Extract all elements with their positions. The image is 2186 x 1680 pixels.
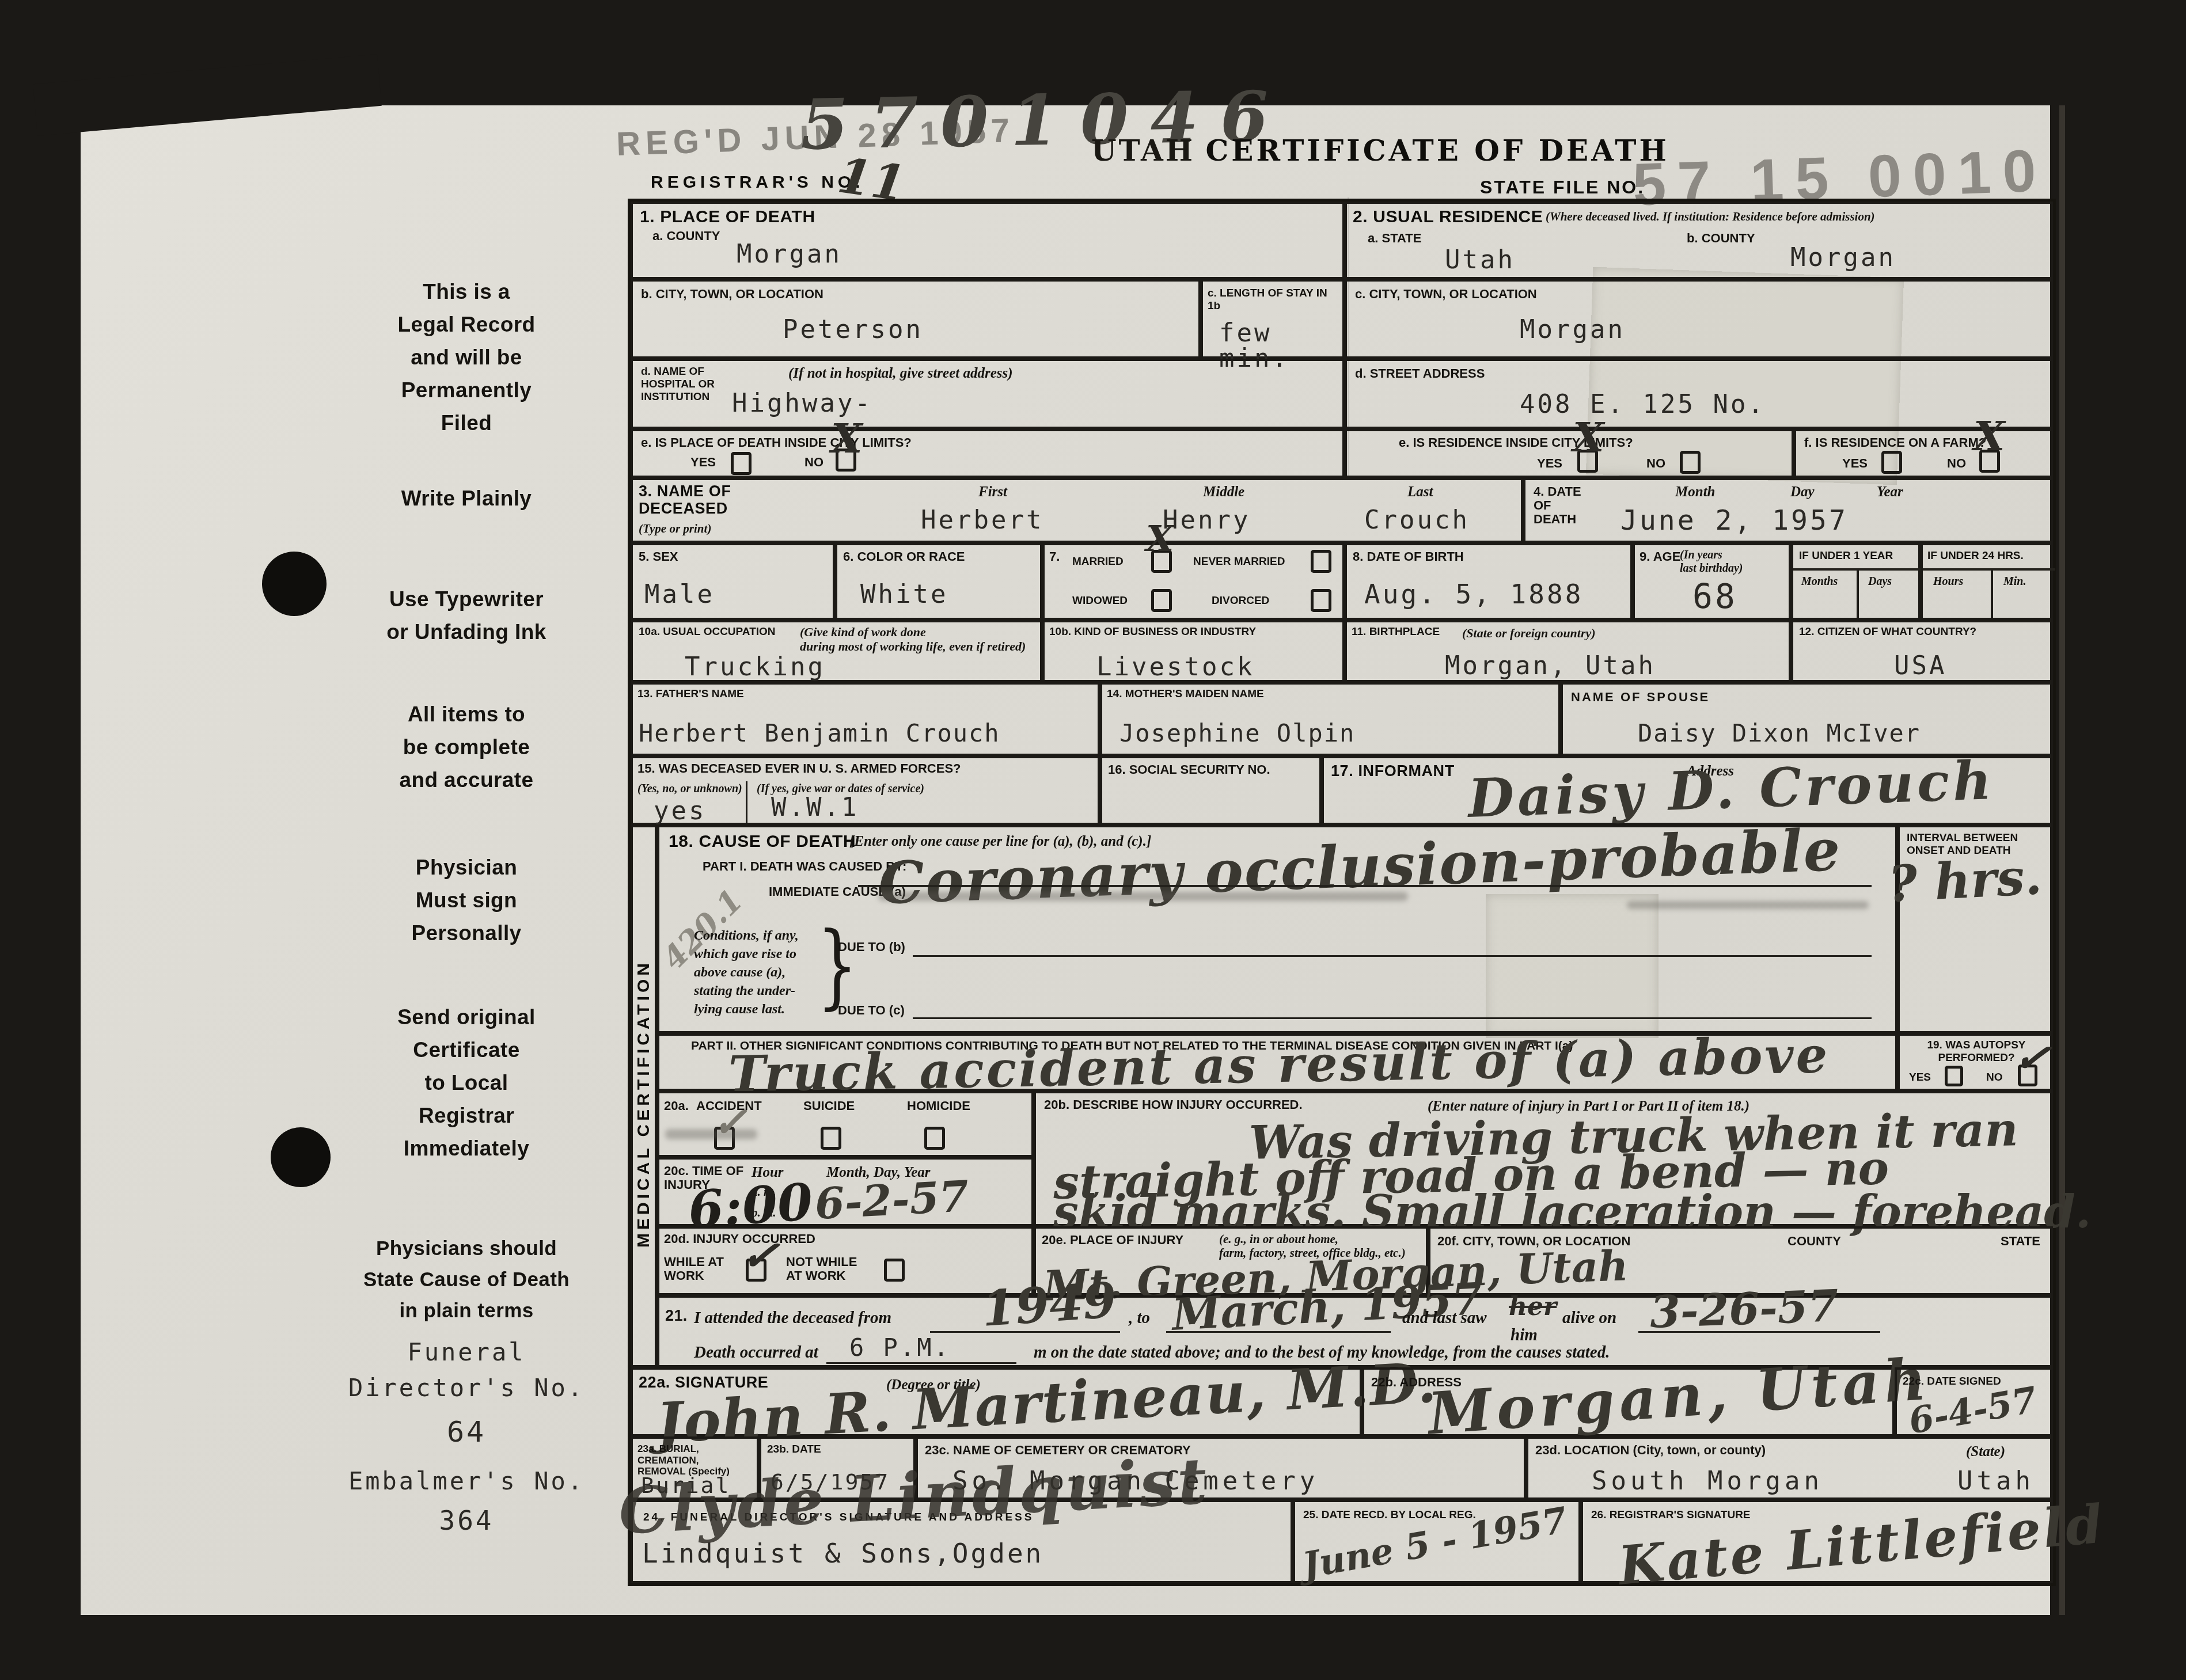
field-social-security: 16. SOCIAL SECURITY NO. [1100,756,1322,825]
middle-name-label: Middle [1203,484,1244,501]
margin-note-legal-record: This is a Legal Record and will be Perma… [322,275,610,439]
divider [1857,571,1859,622]
not-while-at-work-checkbox [884,1259,905,1282]
field-citizen-country: 12. CITIZEN OF WHAT COUNTRY? USA [1791,620,2053,682]
field-sex: 5. SEX Male [631,543,835,620]
check-mark: ✓ [739,1232,781,1280]
hospital-name-value: Highway- [732,391,872,416]
field-20a-num: 20a. [664,1099,689,1113]
state-file-no-label: STATE FILE NO. [1480,177,1645,197]
field-kind-of-business: 10b. KIND OF BUSINESS OR INDUSTRY Livest… [1042,620,1345,682]
field-city-of-death: b. CITY, TOWN, OR LOCATION Peterson [631,279,1201,359]
fathers-name-label: 13. FATHER'S NAME [637,688,744,701]
registrars-no-label: REGISTRAR'S NO. [651,173,864,192]
due-to-b-label: DUE TO (b) [838,940,905,954]
injury-city-label: 20f. CITY, TOWN, OR LOCATION [1437,1234,1630,1248]
field-accident-suicide-homicide: 20a. ACCIDENT SUICIDE HOMICIDE ✓ [657,1091,1034,1157]
residence-county-value: Morgan [1790,245,1896,271]
burial-location-label: 23d. LOCATION (City, town, or county) [1535,1443,1766,1457]
field-armed-forces: 15. WAS DECEASED EVER IN U. S. ARMED FOR… [631,756,1100,825]
field-describe-how-injury-occurred: 20b. DESCRIBE HOW INJURY OCCURRED. (Ente… [1034,1091,2053,1226]
under-1-year-label: IF UNDER 1 YEAR [1799,550,1893,562]
suicide-checkbox [821,1127,841,1150]
field-cause-of-death: 18. CAUSE OF DEATH [Enter only one cause… [657,825,1897,1033]
field-physician-signature: 22a. SIGNATURE (Degree or title) John R.… [631,1367,1362,1436]
field-date-received: 25. DATE RECD. BY LOCAL REG. June 5 - 19… [1293,1500,1581,1583]
min-label: Min. [2003,575,2026,588]
field-funeral-director-signature: 24. FUNERAL DIRECTOR'S SIGNATURE AND ADD… [631,1500,1293,1583]
divorced-label: DIVORCED [1212,595,1269,607]
photo-border-right [2050,0,2186,1680]
field-usual-residence: 2. USUAL RESIDENCE (Where deceased lived… [1345,202,2053,279]
due-c-line [913,1017,1872,1019]
due-to-c-label: DUE TO (c) [838,1004,905,1017]
first-name-label: First [978,484,1007,501]
yes-label: YES [1842,457,1868,470]
hospital-name-note: (If not in hospital, give street address… [788,366,1013,382]
field-residence-city: c. CITY, TOWN, OR LOCATION Morgan [1345,279,2053,359]
title-state: UTAH [1091,134,1195,168]
widowed-checkbox [1151,589,1172,612]
street-address-label: d. STREET ADDRESS [1355,367,1485,381]
field-if-under-1-year: IF UNDER 1 YEAR Months Days [1791,543,1921,620]
yes-label: YES [690,455,716,469]
never-married-checkbox [1311,550,1331,573]
field-burial-location: 23d. LOCATION (City, town, or county) (S… [1526,1436,2053,1500]
business-label: 10b. KIND OF BUSINESS OR INDUSTRY [1049,626,1256,638]
margin-note-physician-sign: Physician Must sign Personally [322,851,610,949]
burial-state-value: Utah [1957,1469,2035,1494]
divider [1923,568,2055,571]
widowed-label: WIDOWED [1072,595,1128,607]
birthplace-value: Morgan, Utah [1445,653,1656,679]
smudge [1627,901,1869,909]
field-date-signed: 22c. DATE SIGNED 6-4-57 [1895,1367,2053,1436]
x-mark: X [1974,416,2005,457]
first-name-value: Herbert [921,508,1043,533]
field-mothers-maiden-name: 14. MOTHER'S MAIDEN NAME Josephine Olpin [1100,682,1561,756]
burial-state-label: (State) [1966,1443,2005,1461]
field-21-num: 21. [665,1307,688,1324]
street-address-value: 408 E. 125 No. [1520,392,1766,417]
field-hospital-name: d. NAME OF HOSPITAL OR INSTITUTION (If n… [631,359,1345,429]
attended-from-value: 1949 [980,1276,1118,1333]
place-of-death-header: 1. PLACE OF DEATH [640,207,815,226]
her-struck-text: her [1509,1294,1557,1320]
date-of-birth-label: 8. DATE OF BIRTH [1353,550,1464,564]
injury-description-label: 20b. DESCRIBE HOW INJURY OCCURRED. [1044,1098,1303,1112]
never-married-label: NEVER MARRIED [1193,556,1285,568]
smudge [878,892,1408,901]
age-value: 68 [1692,580,1737,613]
photo-border-left [0,0,81,1680]
under-24-hrs-label: IF UNDER 24 HRS. [1927,550,2024,562]
name-of-deceased-label: 3. NAME OF DECEASED [639,483,731,517]
business-value: Livestock [1096,655,1254,680]
field-birthplace: 11. BIRTHPLACE (State or foreign country… [1345,620,1791,682]
place-of-injury-label: 20e. PLACE OF INJURY [1042,1233,1183,1247]
cause-a-line [858,885,1872,887]
autopsy-yes-checkbox [1945,1066,1963,1086]
field-date-of-birth: 8. DATE OF BIRTH Aug. 5, 1888 [1345,543,1633,620]
x-mark: X [1573,417,1604,458]
field-usual-occupation: 10a. USUAL OCCUPATION (Give kind of work… [631,620,1042,682]
photo-border-bottom [0,1615,2186,1680]
certificate-form: 1. PLACE OF DEATH a. COUNTY Morgan b. CI… [628,199,2056,1586]
residence-farm-label: f. IS RESIDENCE ON A FARM? [1804,436,1986,450]
residence-county-label: b. COUNTY [1687,231,1755,245]
last-seen-date-value: 3-26-57 [1649,1284,1839,1334]
attended-from-text: I attended the deceased from [694,1308,891,1328]
year-label: Year [1877,484,1903,501]
mothers-name-value: Josephine Olpin [1119,721,1355,746]
field-registrar-signature: 26. REGISTRAR'S SIGNATURE Kate Littlefie… [1581,1500,2053,1583]
date-of-birth-value: Aug. 5, 1888 [1364,581,1583,607]
city-of-death-value: Peterson [783,317,923,343]
armed-forces-note1: (Yes, no, or unknown) [637,782,742,796]
margin-note-send-original: Send original Certificate to Local Regis… [322,1001,610,1165]
punch-hole [262,552,327,616]
book-spine-highlight [2059,105,2065,1615]
conditions-brace: } [817,919,857,1012]
age-label: 9. AGE [1639,550,1680,564]
homicide-label: HOMICIDE [907,1099,970,1113]
ssn-label: 16. SOCIAL SECURITY NO. [1108,763,1270,777]
residence-city-label: c. CITY, TOWN, OR LOCATION [1355,287,1537,301]
age-note: (In years last birthday) [1680,549,1743,575]
field-age: 9. AGE (In years last birthday) 68 [1633,543,1791,620]
field-residence-on-farm: f. IS RESIDENCE ON A FARM? YES NO X [1794,429,2053,478]
informant-label: 17. INFORMANT [1331,763,1455,780]
day-label: Day [1790,484,1815,501]
field-name-of-deceased: 3. NAME OF DECEASED (Type or print) Firs… [631,478,1523,543]
cause-of-death-header: 18. CAUSE OF DEATH [669,832,856,851]
field-injury-occurred-at-work: 20d. INJURY OCCURRED WHILE AT WORK ✓ NOT… [657,1226,1034,1295]
sex-value: Male [644,582,715,607]
usual-residence-header: 2. USUAL RESIDENCE [1353,207,1543,226]
medical-certification-strip: MEDICAL CERTIFICATION [631,825,657,1367]
fathers-name-value: Herbert Benjamin Crouch [639,721,1000,746]
divider [746,781,747,825]
injury-state-label: STATE [2001,1234,2040,1248]
months-label: Months [1801,575,1838,588]
month-label: Month [1675,484,1715,501]
no-label: NO [1646,457,1665,470]
field-autopsy: 19. WAS AUTOPSY PERFORMED? YES NO ✓ [1897,1033,2053,1091]
date-of-death-value: June 2, 1957 [1620,507,1848,534]
armed-forces-war-value: W.W.1 [771,795,859,820]
spouse-value: Daisy Dixon McIver [1638,721,1921,746]
city-of-death-label: b. CITY, TOWN, OR LOCATION [641,287,823,301]
field-color-or-race: 6. COLOR OR RACE White [835,543,1042,620]
to-text: , to [1129,1308,1150,1328]
conditions-note: Conditions, if any, which gave rise to a… [694,926,799,1018]
last-saw-text: and last saw [1402,1308,1487,1328]
marital-num-label: 7. [1049,550,1060,564]
length-of-stay-label: c. LENGTH OF STAY IN 1b [1208,287,1340,313]
last-name-label: Last [1407,484,1433,501]
blank-line [826,1362,1016,1364]
embalmers-no-value: 364 [322,1507,610,1534]
citizen-value: USA [1894,653,1946,679]
field-length-of-stay: c. LENGTH OF STAY IN 1b few min. [1201,279,1345,359]
margin-note-typewriter: Use Typewriter or Unfading Ink [322,583,610,648]
color-race-label: 6. COLOR OR RACE [843,550,965,564]
certificate-title: UTAH CERTIFICATE OF DEATH [1091,134,1669,168]
suicide-label: SUICIDE [803,1099,855,1113]
x-mark: X [831,419,862,459]
check-mark: ✓ [2011,1033,2054,1082]
field-street-address: d. STREET ADDRESS 408 E. 125 No. [1345,359,2053,429]
no-label: NO [804,455,823,469]
burial-date-label: 23b. DATE [767,1443,821,1456]
occupation-note: (Give kind of work done during most of w… [800,625,1026,654]
field-if-under-24-hrs: IF UNDER 24 HRS. Hours Min. [1921,543,2053,620]
birthplace-note: (State or foreign country) [1462,626,1596,640]
spouse-label: NAME OF SPOUSE [1571,690,1710,704]
no-label: NO [1986,1071,2003,1084]
residence-city-limits-no-checkbox [1680,451,1701,474]
death-time-value: 6 P.M. [849,1336,951,1360]
medical-certification-label: MEDICAL CERTIFICATION [634,960,653,1248]
county-label: a. COUNTY [652,229,720,243]
pencil-check-mark: ✓ [712,1101,747,1143]
armed-forces-value: yes [654,799,706,824]
date-signed-value: 6-4-57 [1906,1382,2039,1439]
county-value: Morgan [737,242,842,267]
middle-name-value: Henry [1163,508,1250,533]
sex-label: 5. SEX [639,550,678,564]
injury-county-label: COUNTY [1787,1234,1841,1248]
birthplace-label: 11. BIRTHPLACE [1352,626,1440,638]
type-or-print-note: (Type or print) [639,522,711,535]
divorced-checkbox [1311,589,1331,612]
interval-value: ? hrs. [1887,852,2043,910]
yes-label: YES [1537,457,1562,470]
due-b-line [913,955,1872,957]
divider [1991,571,1993,622]
last-name-value: Crouch [1364,508,1470,533]
field-interval-onset-death: INTERVAL BETWEEN ONSET AND DEATH ? hrs. [1897,825,2053,1033]
residence-city-value: Morgan [1520,317,1625,343]
x-mark: X [1146,521,1174,557]
embalmers-no-label: Embalmer's No. [322,1469,610,1493]
field-place-of-death: 1. PLACE OF DEATH a. COUNTY Morgan [631,202,1345,279]
field-time-of-injury: 20c. TIME OF INJURY Hour Month, Day, Yea… [657,1157,1034,1226]
residence-state-value: Utah [1445,248,1515,273]
usual-residence-note: (Where deceased lived. If institution: R… [1546,210,1875,223]
field-death-inside-city-limits: e. IS PLACE OF DEATH INSIDE CITY LIMITS?… [631,429,1345,478]
field-fathers-name: 13. FATHER'S NAME Herbert Benjamin Crouc… [631,682,1100,756]
punch-hole [271,1127,331,1187]
homicide-checkbox [924,1127,945,1150]
blank-line [1166,1331,1391,1333]
margin-note-complete: All items to be complete and accurate [322,698,610,796]
occupation-label: 10a. USUAL OCCUPATION [639,626,776,638]
burial-location-value: South Morgan [1592,1469,1823,1494]
field-residence-inside-city-limits: e. IS RESIDENCE INSIDE CITY LIMITS? YES … [1345,429,1794,478]
margin-note-write-plainly: Write Plainly [322,486,610,510]
field-part2-conditions: PART II. OTHER SIGNIFICANT CONDITIONS CO… [657,1033,1897,1091]
title-rest: CERTIFICATE OF DEATH [1206,134,1669,168]
date-of-death-label: 4. DATE OF DEATH [1534,485,1581,527]
field-marital-status: 7. MARRIED X NEVER MARRIED WIDOWED DIVOR… [1042,543,1345,620]
hospital-name-label: d. NAME OF HOSPITAL OR INSTITUTION [641,366,715,404]
armed-forces-label: 15. WAS DECEASED EVER IN U. S. ARMED FOR… [637,762,961,776]
no-label: NO [1947,457,1966,470]
funeral-directors-no-label: Funeral Director's No. [322,1335,610,1406]
occupation-value: Trucking [685,655,825,680]
registrar-signature-label: 26. REGISTRAR'S SIGNATURE [1591,1509,1751,1522]
days-label: Days [1868,575,1892,588]
blank-line [930,1331,1120,1333]
not-while-at-work-label: NOT WHILE AT WORK [786,1255,857,1283]
blank-line [1638,1331,1880,1333]
death-city-limits-label: e. IS PLACE OF DEATH INSIDE CITY LIMITS? [641,436,912,450]
married-label: MARRIED [1072,556,1124,568]
field-name-of-spouse: NAME OF SPOUSE Daisy Dixon McIver [1561,682,2053,756]
injury-occurred-label: 20d. INJURY OCCURRED [664,1232,815,1246]
part1-label: PART I. DEATH WAS CAUSED BY: [703,860,906,873]
residence-state-label: a. STATE [1368,231,1421,245]
field-physician-address: 22b. ADDRESS Morgan, Utah [1362,1367,1895,1436]
alive-on-text: alive on [1562,1308,1616,1328]
citizen-label: 12. CITIZEN OF WHAT COUNTRY? [1799,626,1976,638]
while-at-work-label: WHILE AT WORK [664,1255,724,1283]
field-informant: 17. INFORMANT Address Daisy D. Crouch [1322,756,2053,825]
color-race-value: White [860,582,948,607]
residence-farm-yes-checkbox [1881,451,1902,474]
death-city-limits-yes-checkbox [731,452,752,475]
mothers-name-label: 14. MOTHER'S MAIDEN NAME [1107,688,1264,701]
funeral-directors-no-value: 64 [322,1417,610,1446]
field-date-of-death: 4. DATE OF DEATH Month Day Year June 2, … [1523,478,2053,543]
margin-note-plain-terms: Physicians should State Cause of Death i… [311,1233,622,1326]
date-of-injury-value: 6-2-57 [814,1175,970,1226]
yes-label: YES [1909,1071,1931,1084]
death-occurred-at-text: Death occurred at [694,1343,818,1363]
informant-value: Daisy D. Crouch [1467,754,1996,825]
hours-label: Hours [1933,575,1963,588]
